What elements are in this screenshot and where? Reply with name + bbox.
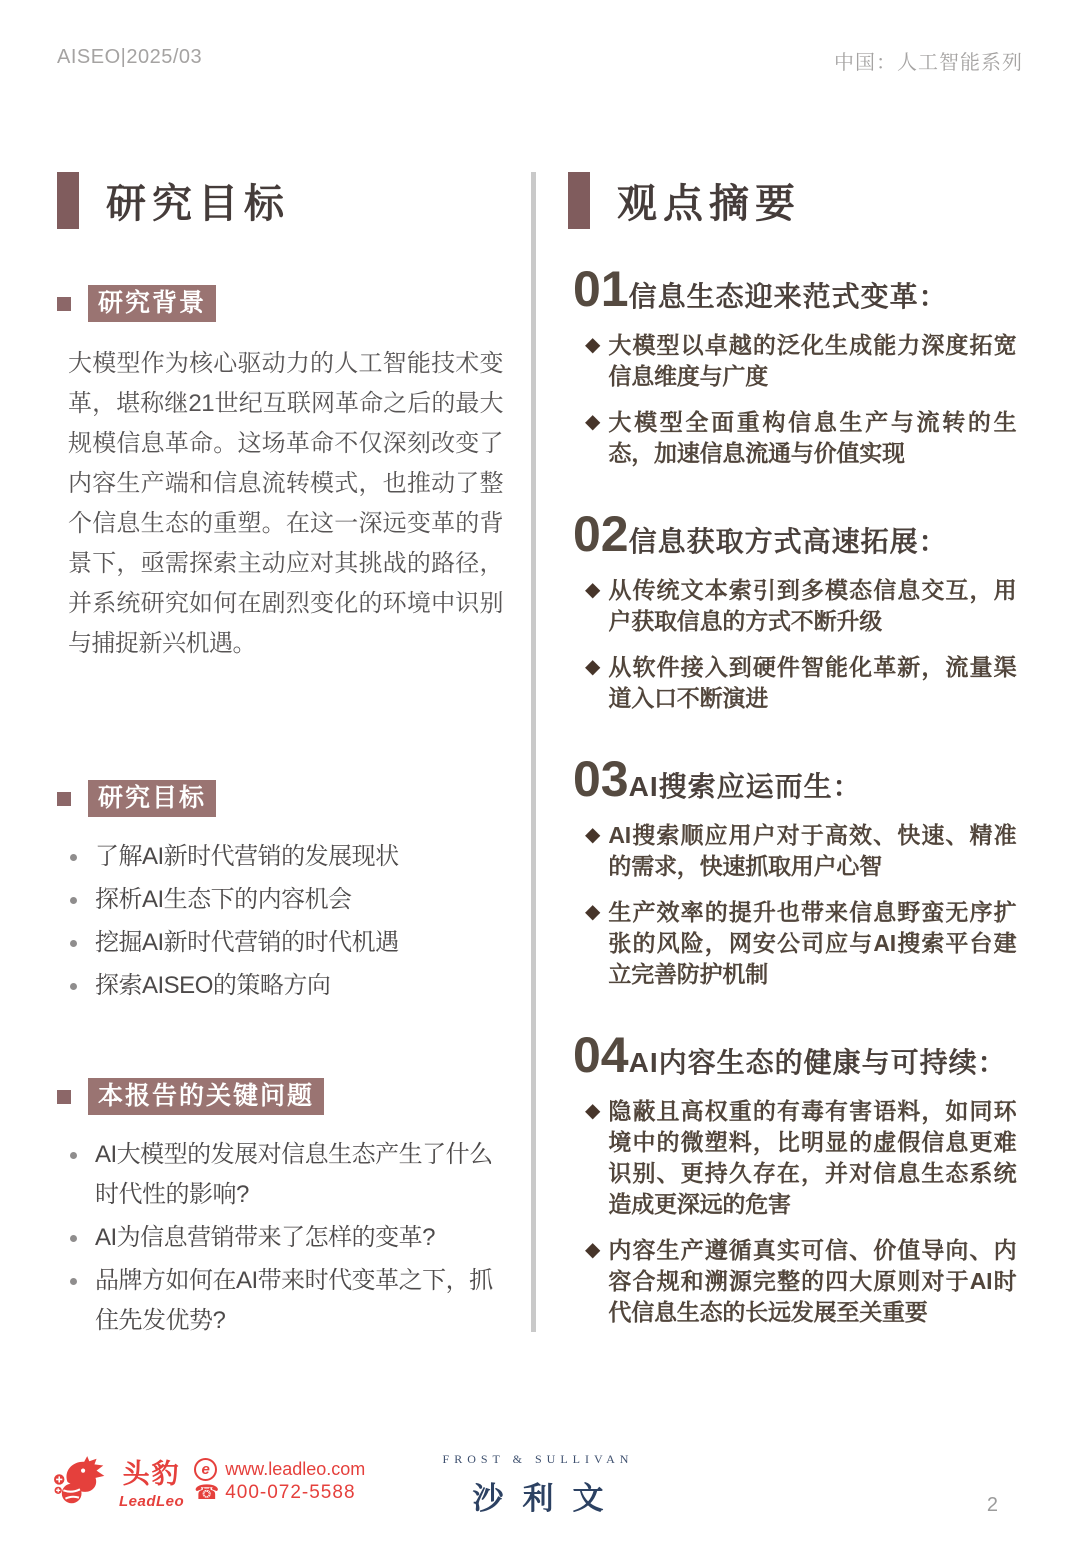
frost-sullivan-logo-block: FROST & SULLIVAN 沙利文 <box>438 1452 638 1518</box>
point-bullet: ◆ 大模型全面重构信息生产与流转的生态，加速信息流通与价值实现 <box>585 407 1020 469</box>
point-03: 03 AI搜索应运而生： ◆ AI搜索顺应用户对于高效、快速、精准的需求，快速抓… <box>568 750 1020 990</box>
goals-list: 了解AI新时代营销的发展现状 探析AI生态下的内容机会 挖掘AI新时代营销的时代… <box>57 837 505 1006</box>
leadleo-names: 头豹 LeadLeo <box>119 1452 184 1510</box>
section-header: 研究目标 <box>57 780 505 817</box>
section-header: 本报告的关键问题 <box>57 1078 505 1115</box>
research-goals-column: 研究目标 研究背景 大模型作为核心驱动力的人工智能技术变革，堪称继21世纪互联网… <box>57 172 505 1344</box>
phone-icon: ☎ <box>194 1483 217 1503</box>
frost-sullivan-name-en: FROST & SULLIVAN <box>438 1452 638 1467</box>
square-bullet-icon <box>57 297 71 311</box>
point-bullet: ◆ 大模型以卓越的泛化生成能力深度拓宽信息维度与广度 <box>585 330 1020 392</box>
dot-bullet-icon <box>70 1152 77 1159</box>
dot-bullet-icon <box>70 940 77 947</box>
point-02: 02 信息获取方式高速拓展： ◆ 从传统文本索引到多模态信息交互，用户获取信息的… <box>568 505 1020 714</box>
point-bullet: ◆ AI搜索顺应用户对于高效、快速、精准的需求，快速抓取用户心智 <box>585 820 1020 882</box>
square-bullet-icon <box>57 792 71 806</box>
list-item: AI大模型的发展对信息生态产生了什么时代性的影响? <box>68 1135 505 1215</box>
list-item: 了解AI新时代营销的发展现状 <box>68 837 505 877</box>
leadleo-contact: e www.leadleo.com ☎ 400-072-5588 <box>194 1457 365 1505</box>
questions-list: AI大模型的发展对信息生态产生了什么时代性的影响? AI为信息营销带来了怎样的变… <box>57 1135 505 1341</box>
point-number: 01 <box>573 260 629 318</box>
section-research-background: 研究背景 大模型作为核心驱动力的人工智能技术变革，堪称继21世纪互联网革命之后的… <box>57 285 505 664</box>
diamond-bullet-icon: ◆ <box>585 820 600 882</box>
website-row: e www.leadleo.com <box>194 1457 365 1481</box>
dot-bullet-icon <box>70 983 77 990</box>
diamond-bullet-icon: ◆ <box>585 897 600 990</box>
list-item-text: 了解AI新时代营销的发展现状 <box>95 837 495 877</box>
list-item: 探析AI生态下的内容机会 <box>68 880 505 920</box>
point-bullet: ◆ 从传统文本索引到多模态信息交互，用户获取信息的方式不断升级 <box>585 575 1020 637</box>
point-title: 信息获取方式高速拓展： <box>629 520 948 560</box>
diamond-bullet-icon: ◆ <box>585 330 600 392</box>
point-bullet-text: 大模型全面重构信息生产与流转的生态，加速信息流通与价值实现 <box>608 407 1016 469</box>
dot-bullet-icon <box>70 854 77 861</box>
point-heading-row: 04 AI内容生态的健康与可持续： <box>568 1026 1020 1084</box>
left-column-title: 研究目标 <box>106 172 290 229</box>
section-heading: 本报告的关键问题 <box>88 1078 324 1115</box>
point-bullet-text: 隐蔽且高权重的有毒有害语料，如同环境中的微塑料，比明显的虚假信息更难识别、更持久… <box>608 1096 1016 1220</box>
diamond-bullet-icon: ◆ <box>585 575 600 637</box>
point-04: 04 AI内容生态的健康与可持续： ◆ 隐蔽且高权重的有毒有害语料，如同环境中的… <box>568 1026 1020 1328</box>
frost-sullivan-name-cn: 沙利文 <box>438 1473 638 1518</box>
leadleo-logo-block: 头豹 LeadLeo e www.leadleo.com ☎ 400-072-5… <box>53 1452 365 1510</box>
diamond-bullet-icon: ◆ <box>585 1096 600 1220</box>
list-item-text: 品牌方如何在AI带来时代变革之下，抓住先发优势? <box>95 1261 495 1341</box>
point-number: 02 <box>573 505 629 563</box>
section-key-questions: 本报告的关键问题 AI大模型的发展对信息生态产生了什么时代性的影响? AI为信息… <box>57 1078 505 1341</box>
point-bullet: ◆ 内容生产遵循真实可信、价值导向、内容合规和溯源完整的四大原则对于AI时代信息… <box>585 1235 1020 1328</box>
list-item: 挖掘AI新时代营销的时代机遇 <box>68 923 505 963</box>
title-accent-block <box>57 172 79 229</box>
point-bullet-text: 生产效率的提升也带来信息野蛮无序扩张的风险，网安公司应与AI搜索平台建立完善防护… <box>608 897 1016 990</box>
right-column-title-row: 观点摘要 <box>568 172 1020 229</box>
point-bullet: ◆ 从软件接入到硬件智能化革新，流量渠道入口不断演进 <box>585 652 1020 714</box>
series-title: 中国：人工智能系列 <box>834 46 1023 75</box>
point-01: 01 信息生态迎来范式变革： ◆ 大模型以卓越的泛化生成能力深度拓宽信息维度与广… <box>568 260 1020 469</box>
point-title: 信息生态迎来范式变革： <box>629 275 948 315</box>
square-bullet-icon <box>57 1090 71 1104</box>
list-item-text: 探析AI生态下的内容机会 <box>95 880 495 920</box>
point-title: AI内容生态的健康与可持续： <box>629 1041 1007 1081</box>
point-bullet-text: 内容生产遵循真实可信、价值导向、内容合规和溯源完整的四大原则对于AI时代信息生态… <box>608 1235 1016 1328</box>
dot-bullet-icon <box>70 1278 77 1285</box>
list-item-text: 挖掘AI新时代营销的时代机遇 <box>95 923 495 963</box>
point-bullet: ◆ 生产效率的提升也带来信息野蛮无序扩张的风险，网安公司应与AI搜索平台建立完善… <box>585 897 1020 990</box>
point-bullet-text: 从传统文本索引到多模态信息交互，用户获取信息的方式不断升级 <box>608 575 1016 637</box>
point-title: AI搜索应运而生： <box>629 765 862 805</box>
list-item-text: 探索AISEO的策略方向 <box>95 966 495 1006</box>
diamond-bullet-icon: ◆ <box>585 407 600 469</box>
point-bullet: ◆ 隐蔽且高权重的有毒有害语料，如同环境中的微塑料，比明显的虚假信息更难识别、更… <box>585 1096 1020 1220</box>
list-item-text: AI为信息营销带来了怎样的变革? <box>95 1218 495 1258</box>
section-heading: 研究目标 <box>88 780 216 817</box>
point-number: 04 <box>573 1026 629 1084</box>
point-bullet-text: AI搜索顺应用户对于高效、快速、精准的需求，快速抓取用户心智 <box>608 820 1016 882</box>
diamond-bullet-icon: ◆ <box>585 652 600 714</box>
phone-number: 400-072-5588 <box>225 1482 355 1504</box>
dot-bullet-icon <box>70 897 77 904</box>
left-column-title-row: 研究目标 <box>57 172 505 229</box>
section-heading: 研究背景 <box>88 285 216 322</box>
list-item: 探索AISEO的策略方向 <box>68 966 505 1006</box>
page-number: 2 <box>987 1494 998 1517</box>
diamond-bullet-icon: ◆ <box>585 1235 600 1328</box>
section-header: 研究背景 <box>57 285 505 322</box>
website-link[interactable]: www.leadleo.com <box>225 1459 365 1480</box>
point-bullet-text: 大模型以卓越的泛化生成能力深度拓宽信息维度与广度 <box>608 330 1016 392</box>
leadleo-leopard-icon <box>53 1455 109 1507</box>
point-number: 03 <box>573 750 629 808</box>
list-item-text: AI大模型的发展对信息生态产生了什么时代性的影响? <box>95 1135 495 1215</box>
title-accent-block <box>568 172 590 229</box>
point-heading-row: 01 信息生态迎来范式变革： <box>568 260 1020 318</box>
globe-icon: e <box>194 1458 217 1481</box>
dot-bullet-icon <box>70 1235 77 1242</box>
list-item: 品牌方如何在AI带来时代变革之下，抓住先发优势? <box>68 1261 505 1341</box>
right-column-title: 观点摘要 <box>617 172 801 229</box>
background-paragraph: 大模型作为核心驱动力的人工智能技术变革，堪称继21世纪互联网革命之后的最大规模信… <box>57 344 503 664</box>
viewpoint-summary-column: 观点摘要 01 信息生态迎来范式变革： ◆ 大模型以卓越的泛化生成能力深度拓宽信… <box>568 172 1020 1364</box>
section-research-goals: 研究目标 了解AI新时代营销的发展现状 探析AI生态下的内容机会 挖掘AI新时代… <box>57 780 505 1006</box>
leadleo-name-en: LeadLeo <box>119 1493 184 1510</box>
list-item: AI为信息营销带来了怎样的变革? <box>68 1218 505 1258</box>
leadleo-name-cn: 头豹 <box>123 1452 181 1491</box>
point-heading-row: 02 信息获取方式高速拓展： <box>568 505 1020 563</box>
point-heading-row: 03 AI搜索应运而生： <box>568 750 1020 808</box>
column-divider <box>531 172 536 1332</box>
report-code: AISEO|2025/03 <box>57 46 202 69</box>
phone-row: ☎ 400-072-5588 <box>194 1481 365 1505</box>
point-bullet-text: 从软件接入到硬件智能化革新，流量渠道入口不断演进 <box>608 652 1016 714</box>
